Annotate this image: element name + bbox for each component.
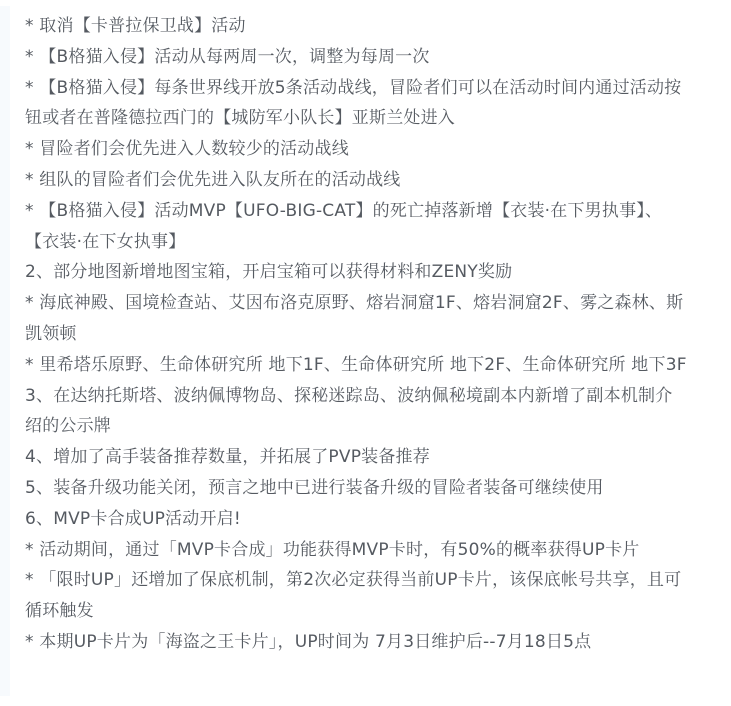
text-line: * 「限时UP」还增加了保底机制，第2次必定获得当前UP卡片，该保底帐号共享，且… xyxy=(25,565,731,596)
page-left-gutter xyxy=(0,6,10,696)
text-line: 4、增加了高手装备推荐数量，并拓展了PVP装备推荐 xyxy=(25,442,731,473)
text-line: 【衣装·在下女执事】 xyxy=(25,227,731,258)
text-line: 钮或者在普隆德拉西门的【城防军小队长】亚斯兰处进入 xyxy=(25,103,731,134)
patch-notes-page: * 取消【卡普拉保卫战】活动* 【B格猫入侵】活动从每两周一次，调整为每周一次*… xyxy=(0,0,731,706)
text-line: 绍的公示牌 xyxy=(25,411,731,442)
patch-notes-text: * 取消【卡普拉保卫战】活动* 【B格猫入侵】活动从每两周一次，调整为每周一次*… xyxy=(25,11,731,658)
text-line: * 【B格猫入侵】活动MVP【UFO-BIG-CAT】的死亡掉落新增【衣装·在下… xyxy=(25,196,731,227)
text-line: * 组队的冒险者们会优先进入队友所在的活动战线 xyxy=(25,165,731,196)
text-line: * 冒险者们会优先进入人数较少的活动战线 xyxy=(25,134,731,165)
text-line: * 【B格猫入侵】每条世界线开放5条活动战线，冒险者们可以在活动时间内通过活动按 xyxy=(25,73,731,104)
text-line: * 里希塔乐原野、生命体研究所 地下1F、生命体研究所 地下2F、生命体研究所 … xyxy=(25,350,731,381)
text-line: * 【B格猫入侵】活动从每两周一次，调整为每周一次 xyxy=(25,42,731,73)
text-line: 2、部分地图新增地图宝箱，开启宝箱可以获得材料和ZENY奖励 xyxy=(25,257,731,288)
text-line: * 活动期间，通过「MVP卡合成」功能获得MVP卡时，有50%的概率获得UP卡片 xyxy=(25,535,731,566)
text-line: * 本期UP卡片为「海盗之王卡片」，UP时间为 7月3日维护后--7月18日5点 xyxy=(25,627,731,658)
text-line: 凯领顿 xyxy=(25,319,731,350)
text-line: 循环触发 xyxy=(25,596,731,627)
text-line: 5、装备升级功能关闭，预言之地中已进行装备升级的冒险者装备可继续使用 xyxy=(25,473,731,504)
text-line: 6、MVP卡合成UP活动开启! xyxy=(25,504,731,535)
text-line: * 取消【卡普拉保卫战】活动 xyxy=(25,11,731,42)
text-line: 3、在达纳托斯塔、波纳佩博物岛、探秘迷踪岛、波纳佩秘境副本内新增了副本机制介 xyxy=(25,381,731,412)
text-line: * 海底神殿、国境检查站、艾因布洛克原野、熔岩洞窟1F、熔岩洞窟2F、雾之森林、… xyxy=(25,288,731,319)
